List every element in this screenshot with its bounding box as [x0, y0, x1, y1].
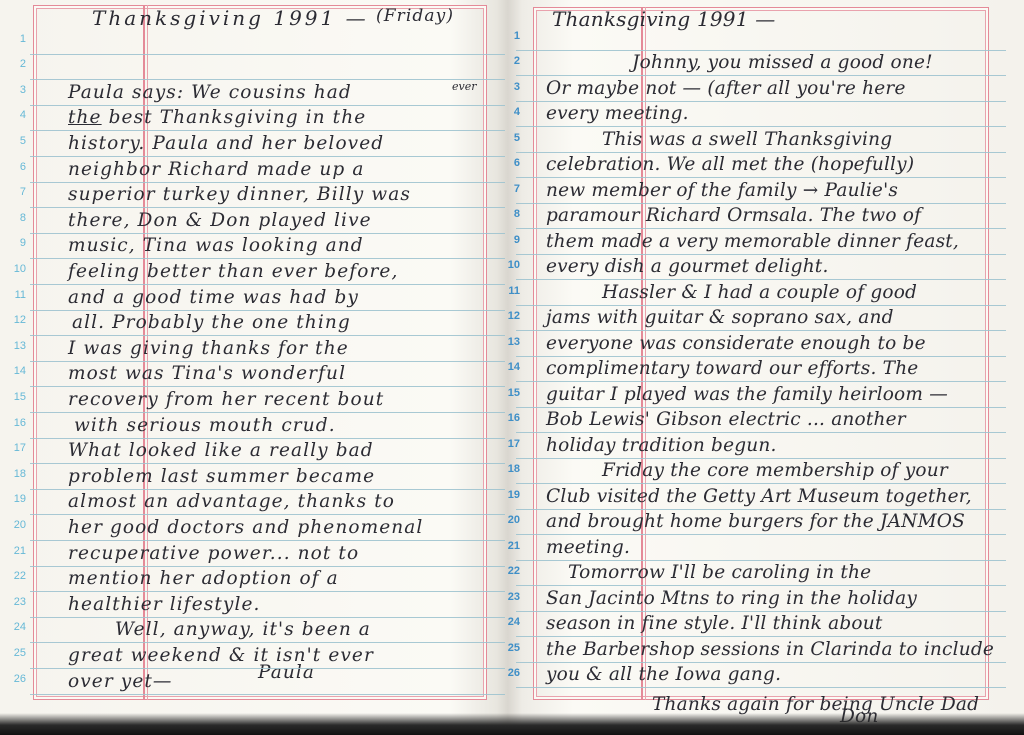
line-number: 14	[4, 365, 26, 377]
insertion-note: ever	[452, 80, 477, 93]
handwritten-line: superior turkey dinner, Billy was	[68, 184, 411, 205]
line-number: 5	[498, 132, 520, 144]
line-number: 6	[498, 157, 520, 169]
ruled-line	[30, 386, 505, 387]
line-number: 23	[498, 591, 520, 603]
ruled-line	[516, 611, 1006, 612]
handwritten-line: guitar I played was the family heirloom …	[546, 384, 948, 405]
line-number: 24	[498, 616, 520, 628]
line-number: 5	[4, 135, 26, 147]
handwritten-line: most was Tina's wonderful	[68, 363, 346, 384]
ruled-line	[516, 75, 1006, 76]
underlined-word: the	[68, 107, 102, 128]
ruled-line	[516, 381, 1006, 382]
line-number: 10	[4, 263, 26, 275]
handwritten-line: What looked like a really bad	[68, 440, 374, 461]
handwritten-line: Friday the core membership of your	[602, 460, 948, 481]
ruled-line	[30, 566, 505, 567]
line-number: 20	[4, 519, 26, 531]
line-number: 24	[4, 621, 26, 633]
handwritten-line: Well, anyway, it's been a	[115, 619, 371, 640]
handwritten-line: with serious mouth crud.	[74, 415, 336, 436]
right-page-title: Thanksgiving 1991 —	[552, 7, 775, 31]
line-number: 10	[498, 259, 520, 271]
ruled-line	[516, 254, 1006, 255]
ruled-line	[30, 310, 505, 311]
handwritten-line: neighbor Richard made up a	[68, 159, 364, 180]
handwritten-line: great weekend & it isn't ever	[68, 645, 374, 666]
handwritten-line: Club visited the Getty Art Museum togeth…	[546, 486, 972, 507]
handwritten-line: every meeting.	[546, 103, 689, 124]
ruled-line	[30, 668, 505, 669]
ruled-line	[516, 636, 1006, 637]
line-number: 7	[498, 183, 520, 195]
ruled-line	[516, 509, 1006, 510]
ruled-line	[516, 101, 1006, 102]
ruled-line	[516, 662, 1006, 663]
line-number: 13	[498, 336, 520, 348]
left-page-title: Thanksgiving 1991 —	[92, 6, 369, 30]
line-number: 16	[498, 412, 520, 424]
ruled-line	[30, 284, 505, 285]
handwritten-line: and a good time was had by	[68, 287, 359, 308]
ruled-line	[516, 177, 1006, 178]
line-number: 12	[4, 314, 26, 326]
line-number: 26	[498, 667, 520, 679]
ruled-line	[30, 79, 505, 80]
desk-edge-shadow	[0, 713, 1024, 735]
ruled-line	[30, 156, 505, 157]
line-number: 22	[498, 565, 520, 577]
ruled-line	[30, 130, 505, 131]
ruled-line	[30, 182, 505, 183]
line-number: 21	[498, 540, 520, 552]
line-number: 1	[4, 33, 26, 45]
handwritten-line: the best Thanksgiving in the	[68, 107, 366, 128]
ruled-line	[516, 305, 1006, 306]
handwritten-line: recovery from her recent bout	[68, 389, 384, 410]
handwritten-line: Thanks again for being Uncle Dad	[652, 694, 979, 715]
handwritten-line: mention her adoption of a	[68, 568, 339, 589]
ruled-line	[30, 489, 505, 490]
ruled-line	[30, 617, 505, 618]
line-number: 3	[498, 81, 520, 93]
ruled-line	[516, 203, 1006, 204]
ruled-line	[516, 152, 1006, 153]
handwritten-line: I was giving thanks for the	[68, 338, 349, 359]
ruled-line	[516, 687, 1006, 688]
handwritten-line: paramour Richard Ormsala. The two of	[546, 205, 921, 226]
line-number: 23	[4, 596, 26, 608]
ruled-line	[30, 105, 505, 106]
ruled-line	[516, 585, 1006, 586]
ruled-line	[30, 514, 505, 515]
handwritten-line: the Barbershop sessions in Clarinda to i…	[546, 639, 994, 660]
line-number: 20	[498, 514, 520, 526]
handwritten-line: feeling better than ever before,	[68, 261, 398, 282]
handwritten-line: all. Probably the one thing	[72, 312, 351, 333]
handwritten-line: meeting.	[546, 537, 630, 558]
ruled-line	[516, 50, 1006, 51]
line-number: 22	[4, 570, 26, 582]
line-number: 8	[498, 208, 520, 220]
left-page: Thanksgiving 1991 — (Friday) ever Paula …	[0, 0, 505, 700]
line-number: 4	[4, 109, 26, 121]
line-number: 8	[4, 212, 26, 224]
line-number: 17	[498, 438, 520, 450]
line-number: 2	[4, 58, 26, 70]
handwritten-line: over yet—	[68, 671, 173, 692]
handwritten-line: jams with guitar & soprano sax, and	[546, 307, 894, 328]
ruled-line	[30, 412, 505, 413]
ruled-line	[516, 356, 1006, 357]
line-number: 26	[4, 673, 26, 685]
line-number: 15	[4, 391, 26, 403]
line-number: 6	[4, 161, 26, 173]
ruled-line	[30, 591, 505, 592]
handwritten-line: new member of the family → Paulie's	[546, 180, 898, 201]
line-number: 9	[4, 237, 26, 249]
line-number: 4	[498, 106, 520, 118]
handwritten-line: This was a swell Thanksgiving	[602, 129, 892, 150]
line-number: 11	[498, 285, 520, 297]
ruled-line	[30, 233, 505, 234]
handwritten-line: healthier lifestyle.	[68, 594, 261, 615]
handwritten-line: there, Don & Don played live	[68, 210, 372, 231]
line-number: 18	[4, 468, 26, 480]
handwritten-line: Johnny, you missed a good one!	[632, 52, 933, 73]
handwritten-line: history. Paula and her beloved	[68, 133, 384, 154]
line-number: 16	[4, 417, 26, 429]
line-remainder: best Thanksgiving in the	[102, 107, 367, 128]
line-number: 17	[4, 442, 26, 454]
ruled-line	[516, 126, 1006, 127]
handwritten-line: celebration. We all met the (hopefully)	[546, 154, 914, 175]
handwritten-line: Hassler & I had a couple of good	[602, 282, 917, 303]
handwritten-line: holiday tradition begun.	[546, 435, 777, 456]
ruled-line	[516, 483, 1006, 484]
ruled-line	[30, 335, 505, 336]
line-number: 11	[4, 289, 26, 301]
line-number: 3	[4, 84, 26, 96]
ruled-line	[516, 458, 1006, 459]
ruled-line	[516, 407, 1006, 408]
ruled-line	[30, 438, 505, 439]
handwritten-line: almost an advantage, thanks to	[68, 491, 395, 512]
line-number: 15	[498, 387, 520, 399]
handwritten-line: you & all the Iowa gang.	[546, 664, 781, 685]
ruled-line	[30, 258, 505, 259]
line-number: 21	[4, 545, 26, 557]
ruled-line	[516, 330, 1006, 331]
handwritten-line: music, Tina was looking and	[68, 235, 364, 256]
line-number: 13	[4, 340, 26, 352]
ruled-line	[516, 432, 1006, 433]
line-number: 25	[498, 642, 520, 654]
line-number: 9	[498, 234, 520, 246]
line-number: 1	[498, 30, 520, 42]
ruled-line	[516, 228, 1006, 229]
handwritten-line: Tomorrow I'll be caroling in the	[568, 562, 871, 583]
ruled-line	[30, 694, 505, 695]
line-number: 7	[4, 186, 26, 198]
line-number: 12	[498, 310, 520, 322]
notebook-spread: Thanksgiving 1991 — (Friday) ever Paula …	[0, 0, 1024, 735]
handwritten-line: and brought home burgers for the JANMOS	[546, 511, 965, 532]
ruled-line	[30, 54, 505, 55]
line-number: 18	[498, 463, 520, 475]
handwritten-line: every dish a gourmet delight.	[546, 256, 829, 277]
line-number: 19	[498, 489, 520, 501]
ruled-line	[30, 207, 505, 208]
handwritten-line: Paula says: We cousins had	[68, 82, 352, 103]
ruled-line	[516, 560, 1006, 561]
ruled-line	[30, 642, 505, 643]
handwritten-line: San Jacinto Mtns to ring in the holiday	[546, 588, 917, 609]
handwritten-line: recuperative power... not to	[68, 543, 359, 564]
right-page: Thanksgiving 1991 — Don 1234567891011121…	[512, 0, 1024, 700]
line-number: 19	[4, 493, 26, 505]
ruled-line	[30, 463, 505, 464]
ruled-line	[30, 361, 505, 362]
handwritten-line: Bob Lewis' Gibson electric ... another	[546, 409, 906, 430]
handwritten-line: problem last summer became	[68, 466, 375, 487]
handwritten-line: complimentary toward our efforts. The	[546, 358, 918, 379]
line-number: 25	[4, 647, 26, 659]
handwritten-line: her good doctors and phenomenal	[68, 517, 423, 538]
line-number: 2	[498, 55, 520, 67]
left-page-title-note: (Friday)	[376, 6, 454, 26]
ruled-line	[516, 279, 1006, 280]
ruled-line	[30, 540, 505, 541]
ruled-line	[516, 534, 1006, 535]
handwritten-line: Or maybe not — (after all you're here	[546, 78, 906, 99]
handwritten-line: everyone was considerate enough to be	[546, 333, 926, 354]
handwritten-line: season in fine style. I'll think about	[546, 613, 882, 634]
handwritten-line: them made a very memorable dinner feast,	[546, 231, 959, 252]
line-number: 14	[498, 361, 520, 373]
